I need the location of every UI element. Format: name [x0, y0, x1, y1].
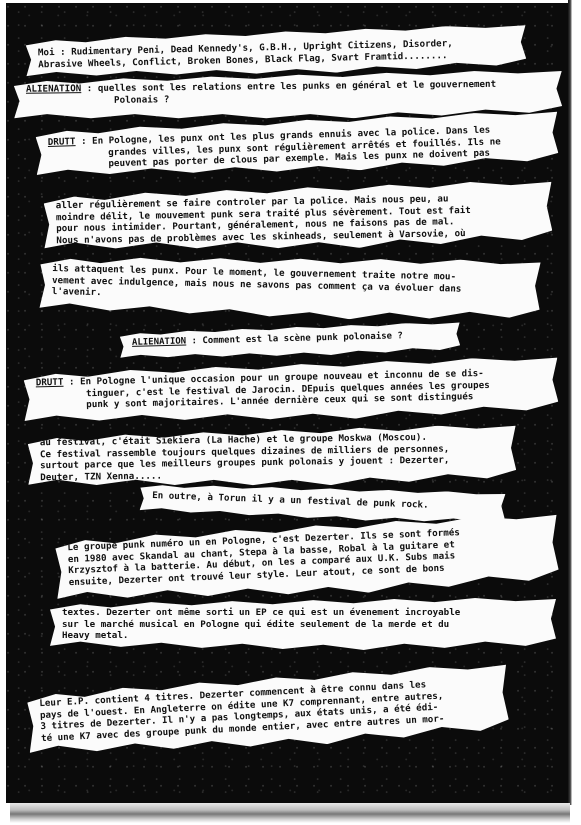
paper-bottom-edge — [10, 803, 570, 823]
separator: : — [75, 136, 92, 147]
text-line: ALIENATION : Comment est la scène punk p… — [132, 330, 450, 349]
clipping-answer-2e: textes. Dezerter ont même sorti un EP ce… — [50, 598, 556, 650]
speaker-label: ALIENATION — [132, 337, 186, 350]
text: Comment est la scène punk polonaise ? — [202, 331, 403, 346]
paper-right-edge — [568, 0, 574, 805]
speaker-label: DRUTT — [36, 377, 64, 389]
speaker-label: DRUTT — [48, 136, 76, 148]
text-line: Heavy metal. — [62, 630, 546, 642]
text-line: textes. Dezerter ont même sorti un EP ce… — [62, 607, 546, 619]
separator: : — [186, 336, 203, 346]
separator: : — [63, 376, 80, 387]
text-line: sur le marché musical en Pologne qui édi… — [62, 619, 546, 631]
scanned-page: Moi : Rudimentary Peni, Dead Kennedy's, … — [0, 0, 581, 825]
text-line: En outre, à Torun il y a un festival de … — [152, 490, 495, 513]
speaker-label: ALIENATION — [26, 83, 81, 95]
separator: : — [81, 83, 98, 94]
